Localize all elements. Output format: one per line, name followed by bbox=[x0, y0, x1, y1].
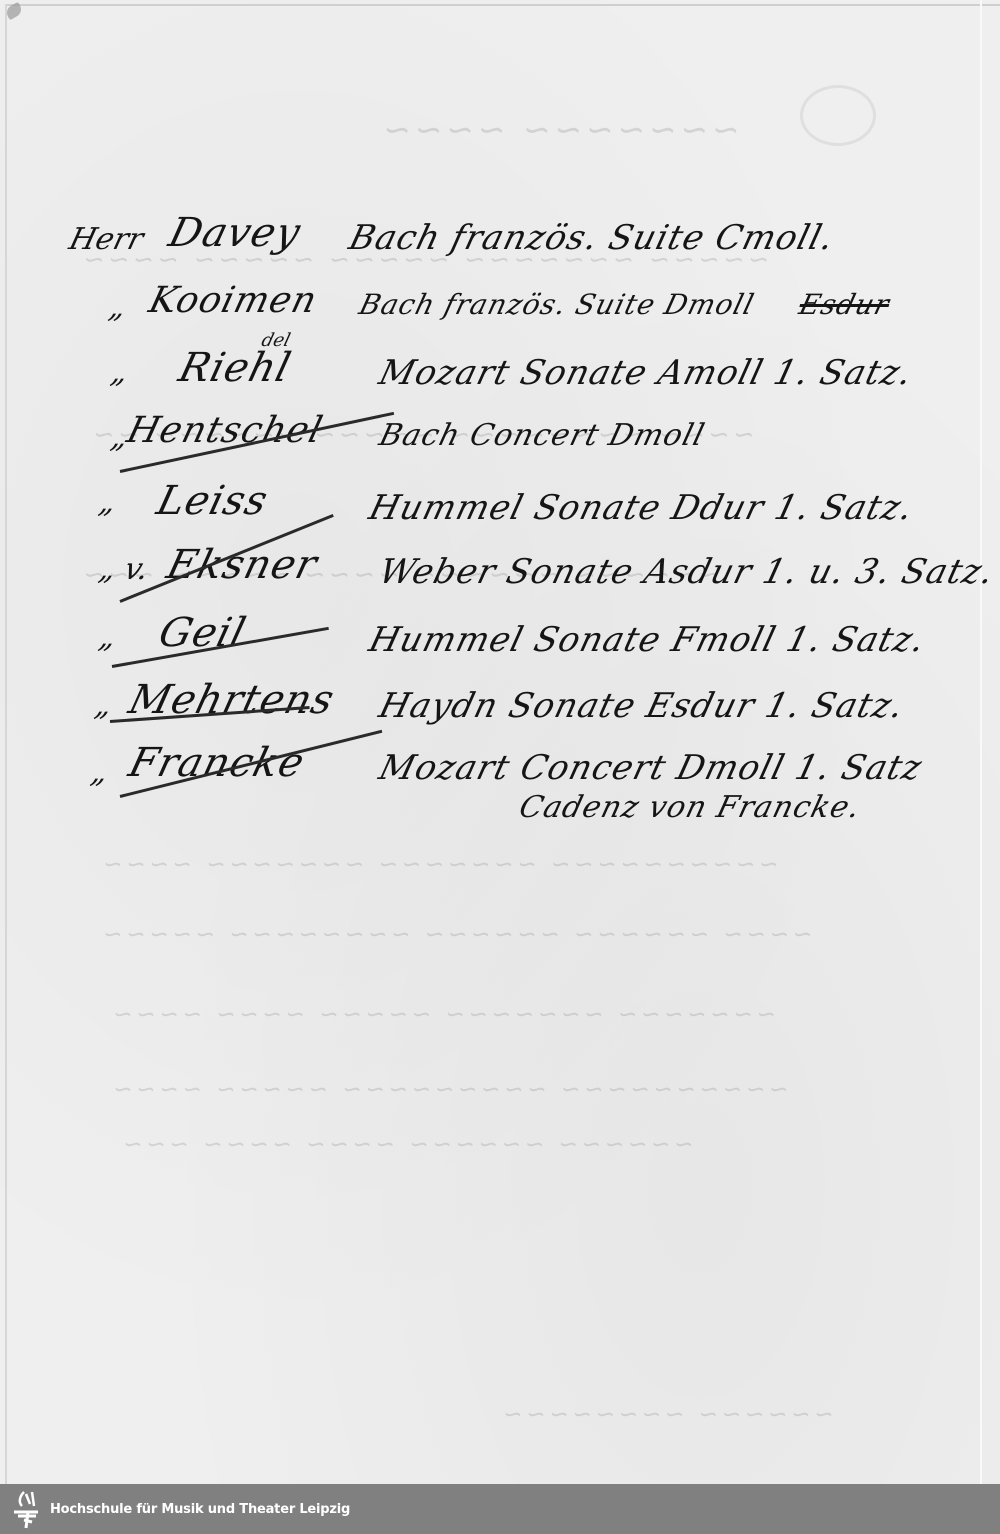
repertoire-piece: Hummel Sonate Ddur 1. Satz. bbox=[365, 488, 918, 528]
repertoire-piece: Mozart Sonate Amoll 1. Satz. bbox=[375, 353, 917, 393]
ditto-mark: „ bbox=[106, 290, 130, 325]
repertoire-piece: Bach Concert Dmoll bbox=[376, 418, 709, 453]
repertoire-piece: Weber Sonate Asdur 1. u. 3. Satz. bbox=[375, 552, 998, 592]
hmt-logo-icon bbox=[10, 1488, 44, 1530]
line-prefix: Herr bbox=[66, 222, 147, 257]
bleed-through-text: ~~~~~~~ ~~~~~~~ ~~~~~ ~~~~ ~~~~ bbox=[105, 1000, 781, 1028]
manuscript-line: Herr bbox=[66, 222, 147, 257]
ditto-mark: „ bbox=[92, 688, 116, 723]
bleed-through-text: ~~~~~~~~~~ ~~~~~~~ ~~~~~~~ ~~~~ bbox=[95, 850, 783, 878]
bleed-through-text: ~~~~~~ ~~~~~~~~ bbox=[495, 1400, 838, 1428]
repertoire-piece: Bach französ. Suite Dmoll bbox=[356, 288, 758, 321]
student-name: Eksner bbox=[162, 542, 322, 588]
ditto-mark: „ v. bbox=[96, 552, 153, 587]
bleed-through-stamp bbox=[800, 85, 876, 146]
page-edge bbox=[980, 0, 982, 1484]
ditto-mark: „ bbox=[96, 485, 120, 520]
repertoire-piece: Haydn Sonate Esdur 1. Satz. bbox=[375, 686, 908, 726]
page-edge bbox=[5, 4, 7, 1484]
repertoire-continuation: Cadenz von Francke. bbox=[516, 790, 865, 825]
student-name: Hentschel bbox=[123, 410, 327, 451]
bleed-through-text: ~~~~~~ ~~~~~~ ~~~~ ~~~~ ~~~ bbox=[115, 1130, 698, 1158]
manuscript-page: ~~~~~~~ ~~~~ ~~~~~ ~~~~~~~ ~~~~~ ~~~~~ ~… bbox=[0, 0, 1000, 1484]
student-name: Riehl bbox=[174, 345, 296, 391]
ditto-mark: „ bbox=[96, 620, 120, 655]
bleed-through-text: ~~~~ ~~~~~~ ~~~~~~ ~~~~~~~~ ~~~~~ bbox=[95, 920, 817, 948]
struck-text: Esdur bbox=[796, 288, 893, 321]
repertoire-piece: Mozart Concert Dmoll 1. Satz bbox=[375, 748, 926, 788]
student-name: Francke bbox=[124, 740, 309, 786]
student-name: Leiss bbox=[152, 478, 273, 524]
page-edge bbox=[6, 4, 1000, 6]
student-name: Kooimen bbox=[145, 280, 322, 321]
repertoire-piece: Hummel Sonate Fmoll 1. Satz. bbox=[365, 620, 929, 660]
ditto-mark: „ bbox=[108, 355, 132, 390]
bleed-through-text: ~~~~~~~~~~ ~~~~~~~~~ ~~~~~ ~~~~ bbox=[105, 1075, 793, 1103]
institution-name: Hochschule für Musik und Theater Leipzig bbox=[50, 1502, 350, 1517]
bleed-through-text: ~~~~~~~ ~~~~ bbox=[374, 110, 747, 150]
student-name: Davey bbox=[164, 210, 305, 256]
institution-footer: Hochschule für Musik und Theater Leipzig bbox=[0, 1484, 1000, 1534]
ditto-mark: „ bbox=[88, 755, 112, 790]
repertoire-piece: Bach französ. Suite Cmoll. bbox=[345, 218, 838, 258]
